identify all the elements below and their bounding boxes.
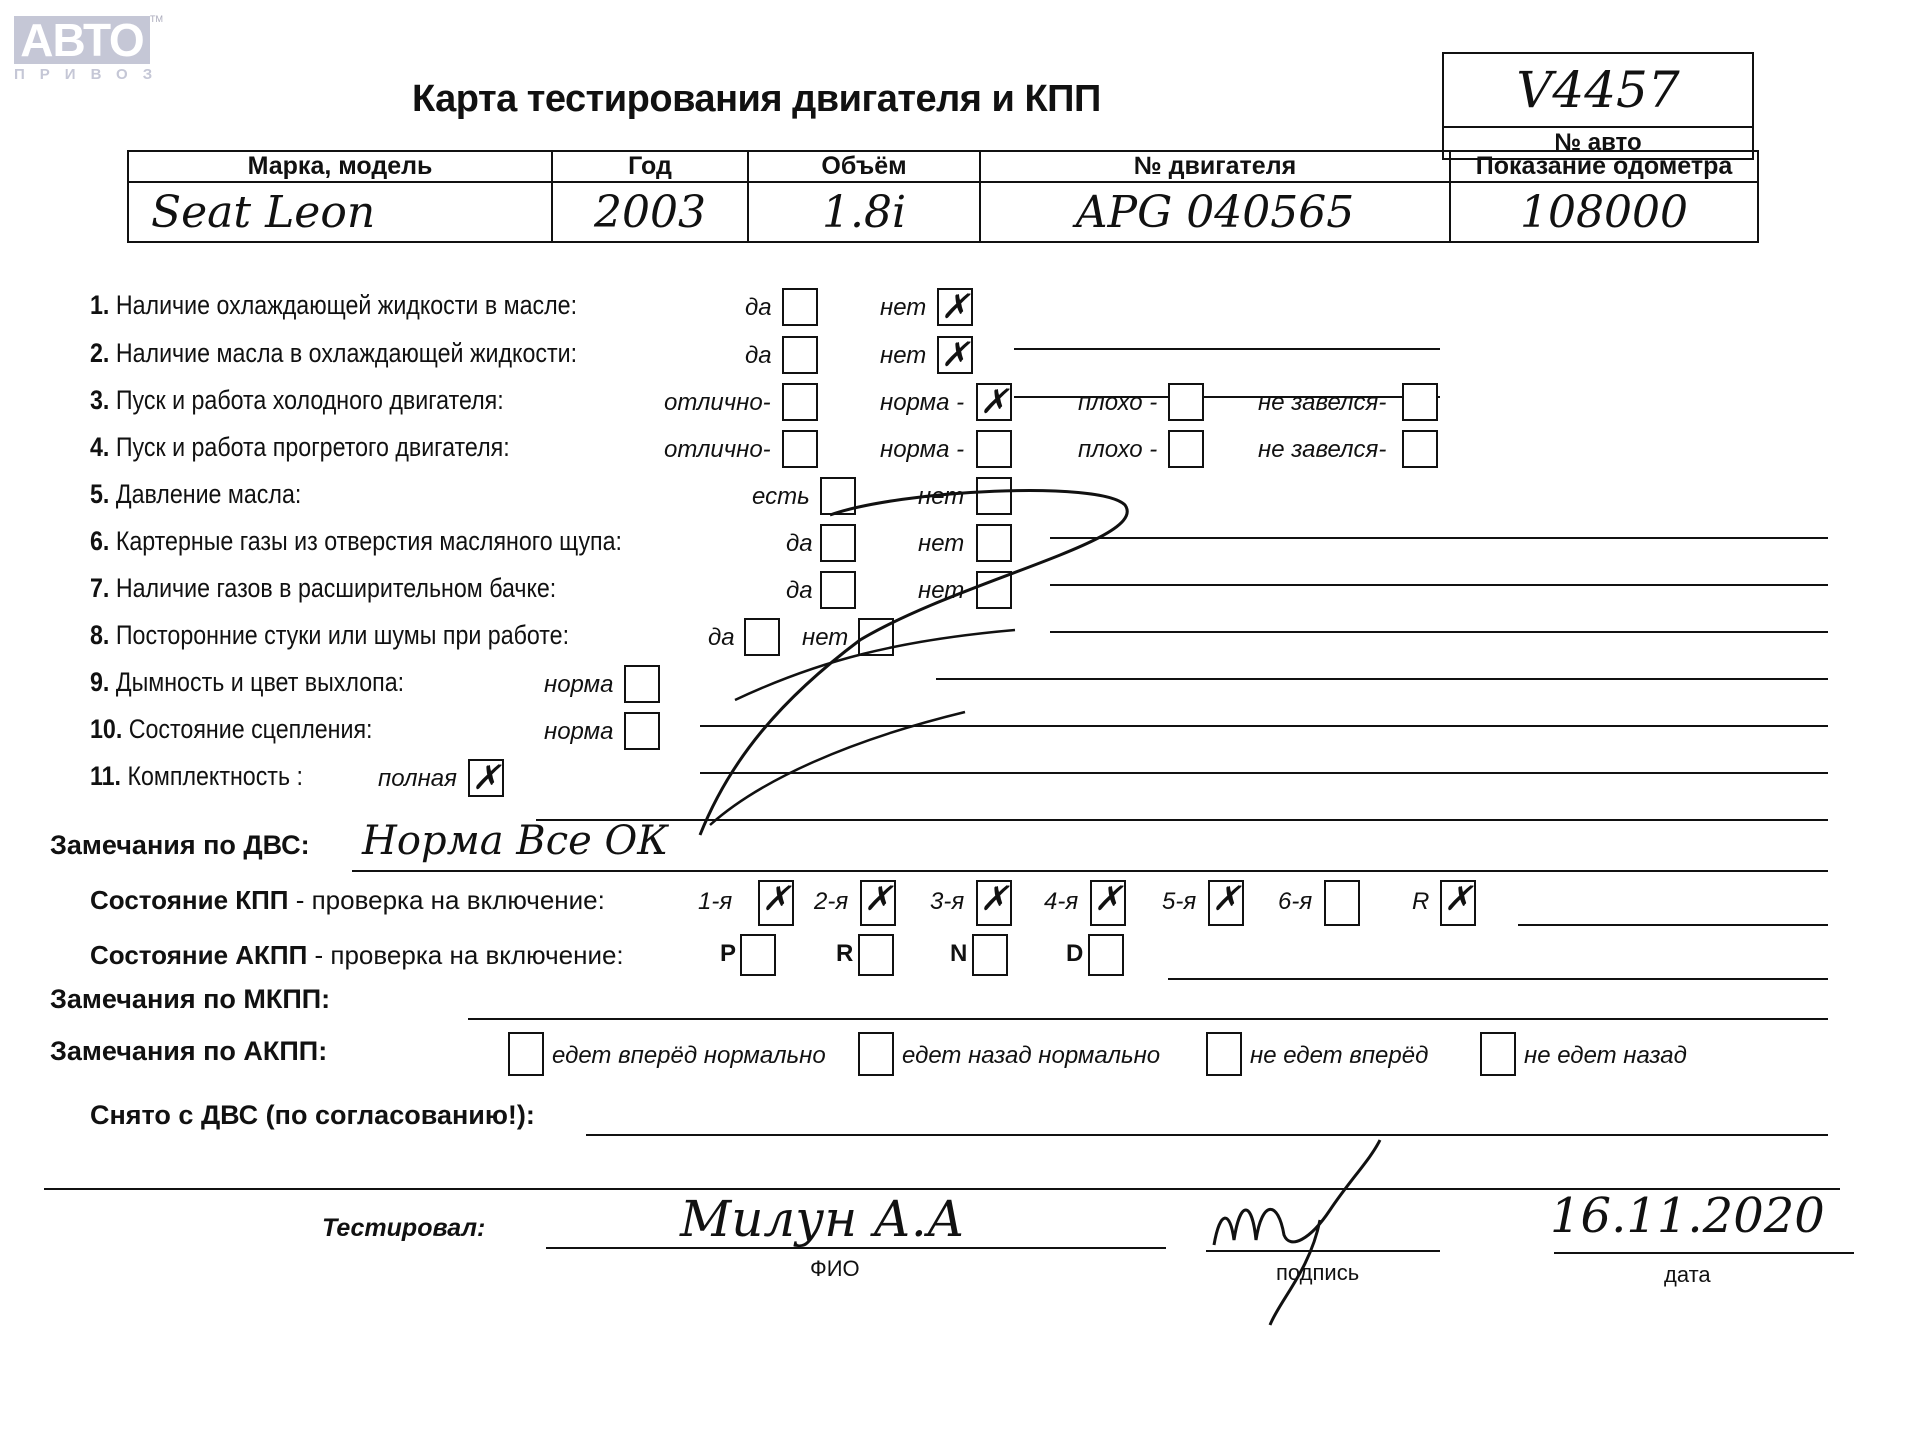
auto-gearbox-label: Состояние АКПП - проверка на включение:: [90, 940, 624, 971]
manual-gearbox-line: [1518, 924, 1828, 926]
option-label: да: [745, 342, 772, 370]
year-value: 2003: [552, 182, 748, 242]
checkbox[interactable]: [976, 571, 1012, 609]
gear-checkbox[interactable]: [1324, 880, 1360, 926]
date-line: [1554, 1252, 1854, 1254]
checklist-question: 4. Пуск и работа прогретого двигателя:: [90, 432, 510, 463]
engine-remarks-label: Замечания по ДВС:: [50, 830, 310, 861]
tested-by-label: Тестировал:: [322, 1214, 485, 1243]
engine-remarks-line: [352, 870, 1828, 872]
gear-label: 6-я: [1278, 888, 1312, 916]
col-make-model: Марка, модель: [128, 151, 552, 182]
note-line: [700, 725, 1828, 727]
checkbox[interactable]: ✗: [937, 336, 973, 374]
checklist-question: 5. Давление масла:: [90, 479, 301, 510]
logo-trademark: TM: [150, 14, 163, 24]
checkbox[interactable]: [624, 712, 660, 750]
gear-checkbox[interactable]: ✗: [976, 880, 1012, 926]
engine-number-value: APG 040565: [980, 182, 1450, 242]
option-label: норма: [544, 671, 613, 699]
name-caption: ФИО: [810, 1256, 860, 1282]
option-label: нет: [880, 294, 926, 322]
manual-remarks-line: [468, 1018, 1828, 1020]
checkbox[interactable]: [820, 571, 856, 609]
auto-remark-checkbox[interactable]: [508, 1032, 544, 1076]
col-year: Год: [552, 151, 748, 182]
checkbox[interactable]: [744, 618, 780, 656]
make-model-value: Seat Leon: [128, 182, 552, 242]
gear-checkbox[interactable]: ✗: [1208, 880, 1244, 926]
gear-label: 4-я: [1044, 888, 1078, 916]
logo: АВТО: [14, 16, 150, 64]
checklist-question: 7. Наличие газов в расширительном бачке:: [90, 573, 556, 604]
checkbox[interactable]: ✗: [976, 383, 1012, 421]
checklist-question: 6. Картерные газы из отверстия масляного…: [90, 526, 622, 557]
checkbox[interactable]: [858, 618, 894, 656]
option-label: нет: [802, 624, 848, 652]
option-label: да: [786, 530, 813, 558]
option-label: да: [786, 577, 813, 605]
option-label: нет: [918, 577, 964, 605]
checklist-question: 8. Посторонние стуки или шумы при работе…: [90, 620, 569, 651]
option-label: норма -: [880, 389, 964, 417]
option-label: нет: [918, 530, 964, 558]
gear-checkbox[interactable]: ✗: [758, 880, 794, 926]
auto-remarks-label: Замечания по АКПП:: [50, 1036, 327, 1067]
option-label: да: [708, 624, 735, 652]
checkbox[interactable]: [782, 336, 818, 374]
checkbox[interactable]: [782, 288, 818, 326]
signature-line: [1206, 1250, 1440, 1252]
gear-label: 5-я: [1162, 888, 1196, 916]
checkbox[interactable]: [1402, 430, 1438, 468]
gear-checkbox[interactable]: ✗: [1090, 880, 1126, 926]
note-line: [936, 678, 1828, 680]
position-checkbox[interactable]: [972, 934, 1008, 976]
option-label: нет: [880, 342, 926, 370]
gear-checkbox[interactable]: ✗: [860, 880, 896, 926]
gear-label: 2-я: [814, 888, 848, 916]
option-label: плохо -: [1078, 389, 1157, 417]
checkbox[interactable]: [976, 477, 1012, 515]
odometer-value: 108000: [1450, 182, 1758, 242]
checklist-question: 3. Пуск и работа холодного двигателя:: [90, 385, 504, 416]
tester-name[interactable]: Милун А.А: [680, 1190, 965, 1248]
checkbox[interactable]: [1402, 383, 1438, 421]
position-label: R: [836, 940, 853, 968]
option-label: нет: [918, 483, 964, 511]
option-label: норма: [544, 718, 613, 746]
position-label: N: [950, 940, 967, 968]
car-number-box: V4457 № авто: [1442, 52, 1754, 160]
note-line: [1050, 584, 1828, 586]
checklist-question: 10. Состояние сцепления:: [90, 714, 372, 745]
option-label: да: [745, 294, 772, 322]
manual-remarks-label: Замечания по МКПП:: [50, 984, 330, 1015]
checkbox[interactable]: [1168, 383, 1204, 421]
checklist-question: 2. Наличие масла в охлаждающей жидкости:: [90, 338, 577, 369]
volume-value: 1.8i: [748, 182, 980, 242]
car-number-value: V4457: [1444, 54, 1752, 128]
note-line: [536, 819, 1828, 821]
checkbox[interactable]: [976, 524, 1012, 562]
gear-label: 3-я: [930, 888, 964, 916]
auto-gearbox-line: [1168, 978, 1828, 980]
position-checkbox[interactable]: [740, 934, 776, 976]
checkbox[interactable]: [782, 430, 818, 468]
option-label: плохо -: [1078, 436, 1157, 464]
checkbox[interactable]: [1168, 430, 1204, 468]
option-label: не завелся-: [1258, 436, 1386, 464]
gear-label: 1-я: [698, 888, 732, 916]
note-line: [1014, 348, 1440, 350]
col-odometer: Показание одометра: [1450, 151, 1758, 182]
position-checkbox[interactable]: [858, 934, 894, 976]
checkbox[interactable]: ✗: [937, 288, 973, 326]
option-label: есть: [752, 483, 810, 511]
auto-remark-label: едет назад нормально: [902, 1042, 1160, 1070]
position-label: P: [720, 940, 736, 968]
note-line: [1050, 631, 1828, 633]
checklist-question: 11. Комплектность :: [90, 761, 303, 792]
col-volume: Объём: [748, 151, 980, 182]
vehicle-info-table: Марка, модель Год Объём № двигателя Пока…: [127, 150, 1759, 243]
checkbox[interactable]: ✗: [468, 759, 504, 797]
checkbox[interactable]: [976, 430, 1012, 468]
gear-checkbox[interactable]: ✗: [1440, 880, 1476, 926]
note-line: [700, 772, 1828, 774]
engine-remarks-value[interactable]: Норма Все ОК: [362, 818, 668, 864]
col-engine-number: № двигателя: [980, 151, 1450, 182]
position-label: D: [1066, 940, 1083, 968]
option-label: не завелся-: [1258, 389, 1386, 417]
signature[interactable]: [1200, 1130, 1460, 1330]
checkbox[interactable]: [820, 524, 856, 562]
checkbox[interactable]: [820, 477, 856, 515]
checkbox[interactable]: [782, 383, 818, 421]
manual-gearbox-label: Состояние КПП - проверка на включение:: [90, 885, 605, 916]
name-line: [546, 1247, 1166, 1249]
signature-caption: подпись: [1276, 1260, 1359, 1286]
gear-label: R: [1412, 888, 1429, 916]
removed-label: Снято с ДВС (по согласованию!):: [90, 1100, 535, 1131]
option-label: отлично-: [664, 436, 771, 464]
auto-remark-checkbox[interactable]: [858, 1032, 894, 1076]
logo-subtitle: ПРИВОЗ: [14, 66, 167, 83]
auto-remark-label: не едет назад: [1524, 1042, 1687, 1070]
checklist-question: 9. Дымность и цвет выхлопа:: [90, 667, 404, 698]
auto-remark-label: едет вперёд нормально: [552, 1042, 826, 1070]
auto-remark-checkbox[interactable]: [1206, 1032, 1242, 1076]
position-checkbox[interactable]: [1088, 934, 1124, 976]
option-label: норма -: [880, 436, 964, 464]
page-title: Карта тестирования двигателя и КПП: [412, 78, 1101, 121]
checklist-question: 1. Наличие охлаждающей жидкости в масле:: [90, 290, 577, 321]
option-label: полная: [378, 765, 457, 793]
checkbox[interactable]: [624, 665, 660, 703]
note-line: [1050, 537, 1828, 539]
option-label: отлично-: [664, 389, 771, 417]
auto-remark-label: не едет вперёд: [1250, 1042, 1428, 1070]
date-caption: дата: [1664, 1262, 1711, 1288]
sign-date[interactable]: 16.11.2020: [1550, 1188, 1825, 1244]
auto-remark-checkbox[interactable]: [1480, 1032, 1516, 1076]
